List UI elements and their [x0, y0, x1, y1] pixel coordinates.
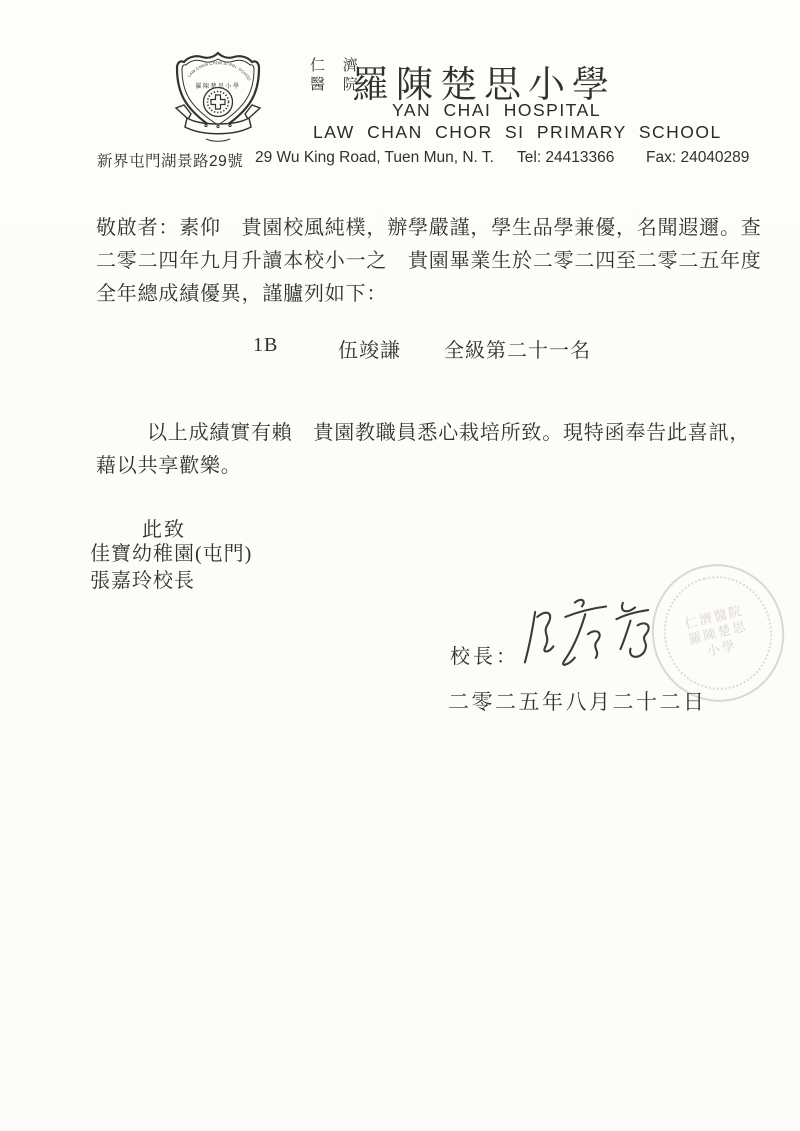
address-cn: 新界屯門湖景路29號	[97, 149, 243, 171]
letter-date: 二零二五年八月二十二日	[448, 686, 707, 716]
seal-inner-ring	[652, 565, 784, 702]
principal-signature	[510, 585, 673, 686]
address-en: 29 Wu King Road, Tuen Mun, N. T.	[255, 149, 494, 167]
recipient-principal: 張嘉玲校長	[90, 564, 195, 593]
school-crest-logo: LAW CHAN CHOR SI PRI. SCHOOL 羅陳楚思小學	[168, 46, 268, 150]
phone-number: Tel: 24413366	[517, 149, 614, 167]
paragraph1-line3: 全年總成績優異，謹臚列如下：	[96, 277, 728, 306]
paragraph2-line2: 藉以共享歡樂。	[96, 449, 728, 478]
paragraph1-line2: 二零二四年九月升讀本校小一之 貴園畢業生於二零二四至二零二五年度	[96, 244, 728, 273]
letter-document: LAW CHAN CHOR SI PRI. SCHOOL 羅陳楚思小學 仁 濟 …	[0, 0, 800, 1131]
fax-number: Fax: 24040289	[646, 149, 749, 167]
recipient-school: 佳寶幼稚園(屯門)	[90, 537, 252, 566]
hospital-name-en: YAN CHAI HOSPITAL	[392, 100, 601, 121]
result-rank: 全級第二十一名	[444, 334, 591, 363]
school-name-en: LAW CHAN CHOR SI PRIMARY SCHOOL	[313, 122, 722, 143]
principal-label: 校長：	[450, 640, 519, 669]
result-student-name: 伍竣謙	[338, 334, 401, 363]
crest-name-row: 羅陳楚思小學	[195, 82, 240, 90]
result-class: 1B	[253, 334, 278, 357]
paragraph2-line1: 以上成績實有賴 貴園教職員悉心栽培所致。現特函奉告此喜訊，	[96, 416, 779, 445]
paragraph1-line1: 敬啟者：素仰 貴園校風純樸，辦學嚴謹，學生品學兼優，名聞遐邇。查	[96, 211, 728, 240]
